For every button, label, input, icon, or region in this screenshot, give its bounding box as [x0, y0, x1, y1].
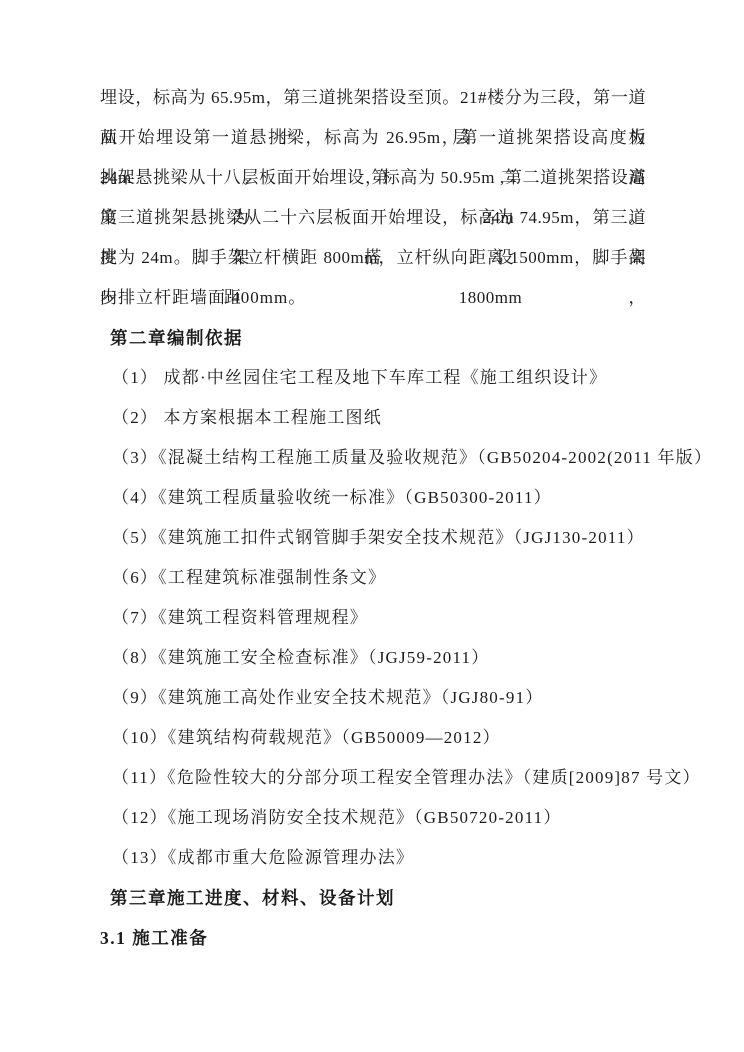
paragraph-line: 面开始埋设第一道悬挑梁，标高为 26.95m，第一道挑架搭设高度为 24m。第二… [100, 118, 646, 158]
paragraph-line: 挑架悬挑梁从十八层板面开始埋设，标高为 50.95m ,第二道挑架搭设高度为 2… [100, 158, 646, 198]
reference-item: （3）《混凝土结构工程施工质量及验收规范》（GB50204-2002(2011 … [100, 438, 646, 478]
document-page: 埋设，标高为 65.95m，第三道挑架搭设至顶。21#楼分为三段，第一道从十层板… [0, 0, 744, 1052]
paragraph-line: 第三道挑架悬挑梁从二十六层板面开始埋设，标高为 74.95m，第三道挑架搭设高 [100, 198, 646, 238]
reference-item: （11）《危险性较大的分部分项工程安全管理办法》（建质[2009]87 号文） [100, 758, 646, 798]
chapter2-heading: 第二章编制依据 [100, 318, 646, 358]
paragraph-line: 度为 24m。脚手架立杆横距 800mm，立杆纵向距离 1500mm，脚手架步距… [100, 238, 646, 278]
reference-item: （5）《建筑施工扣件式钢管脚手架安全技术规范》（JGJ130-2011） [100, 518, 646, 558]
reference-item: （7）《建筑工程资料管理规程》 [100, 598, 646, 638]
paragraph-line: 埋设，标高为 65.95m，第三道挑架搭设至顶。21#楼分为三段，第一道从十层板 [100, 78, 646, 118]
reference-item: （6）《工程建筑标准强制性条文》 [100, 558, 646, 598]
reference-item: （12）《施工现场消防安全技术规范》（GB50720-2011） [100, 798, 646, 838]
reference-item: （9）《建筑施工高处作业安全技术规范》（JGJ80-91） [100, 678, 646, 718]
reference-item: （2） 本方案根据本工程施工图纸 [100, 398, 646, 438]
reference-item: （13）《成都市重大危险源管理办法》 [100, 838, 646, 878]
section-3-1-heading: 3.1 施工准备 [100, 918, 646, 958]
reference-item: （10）《建筑结构荷载规范》（GB50009—2012） [100, 718, 646, 758]
chapter3-heading: 第三章施工进度、材料、设备计划 [100, 878, 646, 918]
reference-item: （8）《建筑施工安全检查标准》（JGJ59-2011） [100, 638, 646, 678]
reference-item: （4）《建筑工程质量验收统一标准》（GB50300-2011） [100, 478, 646, 518]
reference-item: （1） 成都·中丝园住宅工程及地下车库工程《施工组织设计》 [100, 358, 646, 398]
